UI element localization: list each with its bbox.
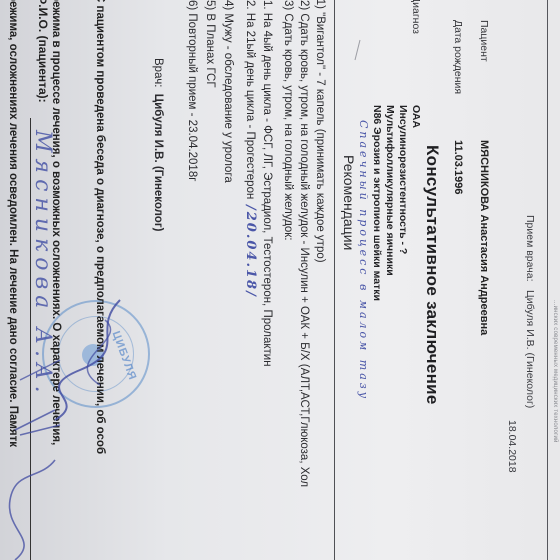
patient-label: Пациент: [478, 20, 490, 62]
patient-signature: Мясникова А.А.: [30, 130, 55, 399]
handwritten-date: /20.04.18/: [243, 205, 258, 298]
doctor-label: Врач:: [152, 58, 164, 87]
diagnosis-list: ОАА Инсулинорезистентность - ? Мультифол…: [370, 105, 422, 301]
organization-line: ...инских современных медицинских технол…: [552, 300, 558, 443]
doctor-name: Цибуля И.В. (Гинеколог): [152, 94, 164, 232]
consent-paragraph: С пациентом проведена беседа о диагнозе,…: [0, 0, 136, 454]
appointment-date: 18.04.2018: [506, 420, 518, 473]
recommendation-item: • 1) "Вигантол" - 7 капель (принимать ка…: [314, 0, 326, 263]
diagnosis-line: ОАА: [409, 105, 422, 301]
recommendation-item: 6) Повторный прием - 23.04.2018г: [186, 0, 198, 181]
diagnosis-line: Мультифолликулярные яичники: [383, 105, 396, 301]
recommendation-item: 4) Мужу - обследование у уролога: [222, 0, 234, 183]
diagnosis-label: Диагноз: [410, 0, 422, 34]
doctor-line: Врач: Цибуля И.В. (Гинеколог): [152, 58, 164, 231]
recommendation-item: 5) В Планах ГСГ: [204, 0, 216, 88]
diagnosis-line: N86 Эрозия и эктропион шейки матки: [370, 105, 383, 301]
consent-line: режима, осложнениях лечения осведомлен. …: [6, 0, 21, 454]
signature-label: Ф.И.О. (пациента):: [36, 0, 50, 103]
document-title: Консультативное заключение: [422, 145, 442, 405]
recommendation-item: 2) Сдать кровь, утром, на голодный желуд…: [298, 0, 310, 487]
header-rule: [547, 0, 548, 560]
dob-label: Дата рождения: [452, 20, 464, 94]
consent-line: С пациентом проведена беседа о диагнозе,…: [93, 0, 108, 454]
diagnosis-line: Инсулинорезистентность - ?: [396, 105, 409, 301]
appointment-label: Прием врача:: [524, 215, 536, 281]
appointment-doctor: Цибуля И.В. (Гинеколог): [524, 290, 536, 408]
recommendation-item: 2. На 21ый день цикла - Прогестерон: [244, 0, 256, 199]
document-page: ...инских современных медицинских технол…: [0, 0, 560, 560]
recommendations-heading: Рекомендации: [341, 155, 357, 250]
section-divider: [334, 0, 335, 560]
dob-value: 11.03.1996: [452, 140, 464, 194]
photo-frame: ...инских современных медицинских технол…: [0, 0, 560, 560]
recommendation-item: 1. На 4ый день цикла - ФСГ, ЛГ, Эстрадио…: [261, 0, 273, 367]
patient-name: МЯСНИКОВА Анастасия Андреевна: [478, 140, 490, 335]
handwritten-diagnosis-note: Спаечный процесс в малом тазу: [357, 120, 370, 401]
recommendation-item: 3) Сдать кровь, утром, на голодный желуд…: [282, 0, 294, 241]
